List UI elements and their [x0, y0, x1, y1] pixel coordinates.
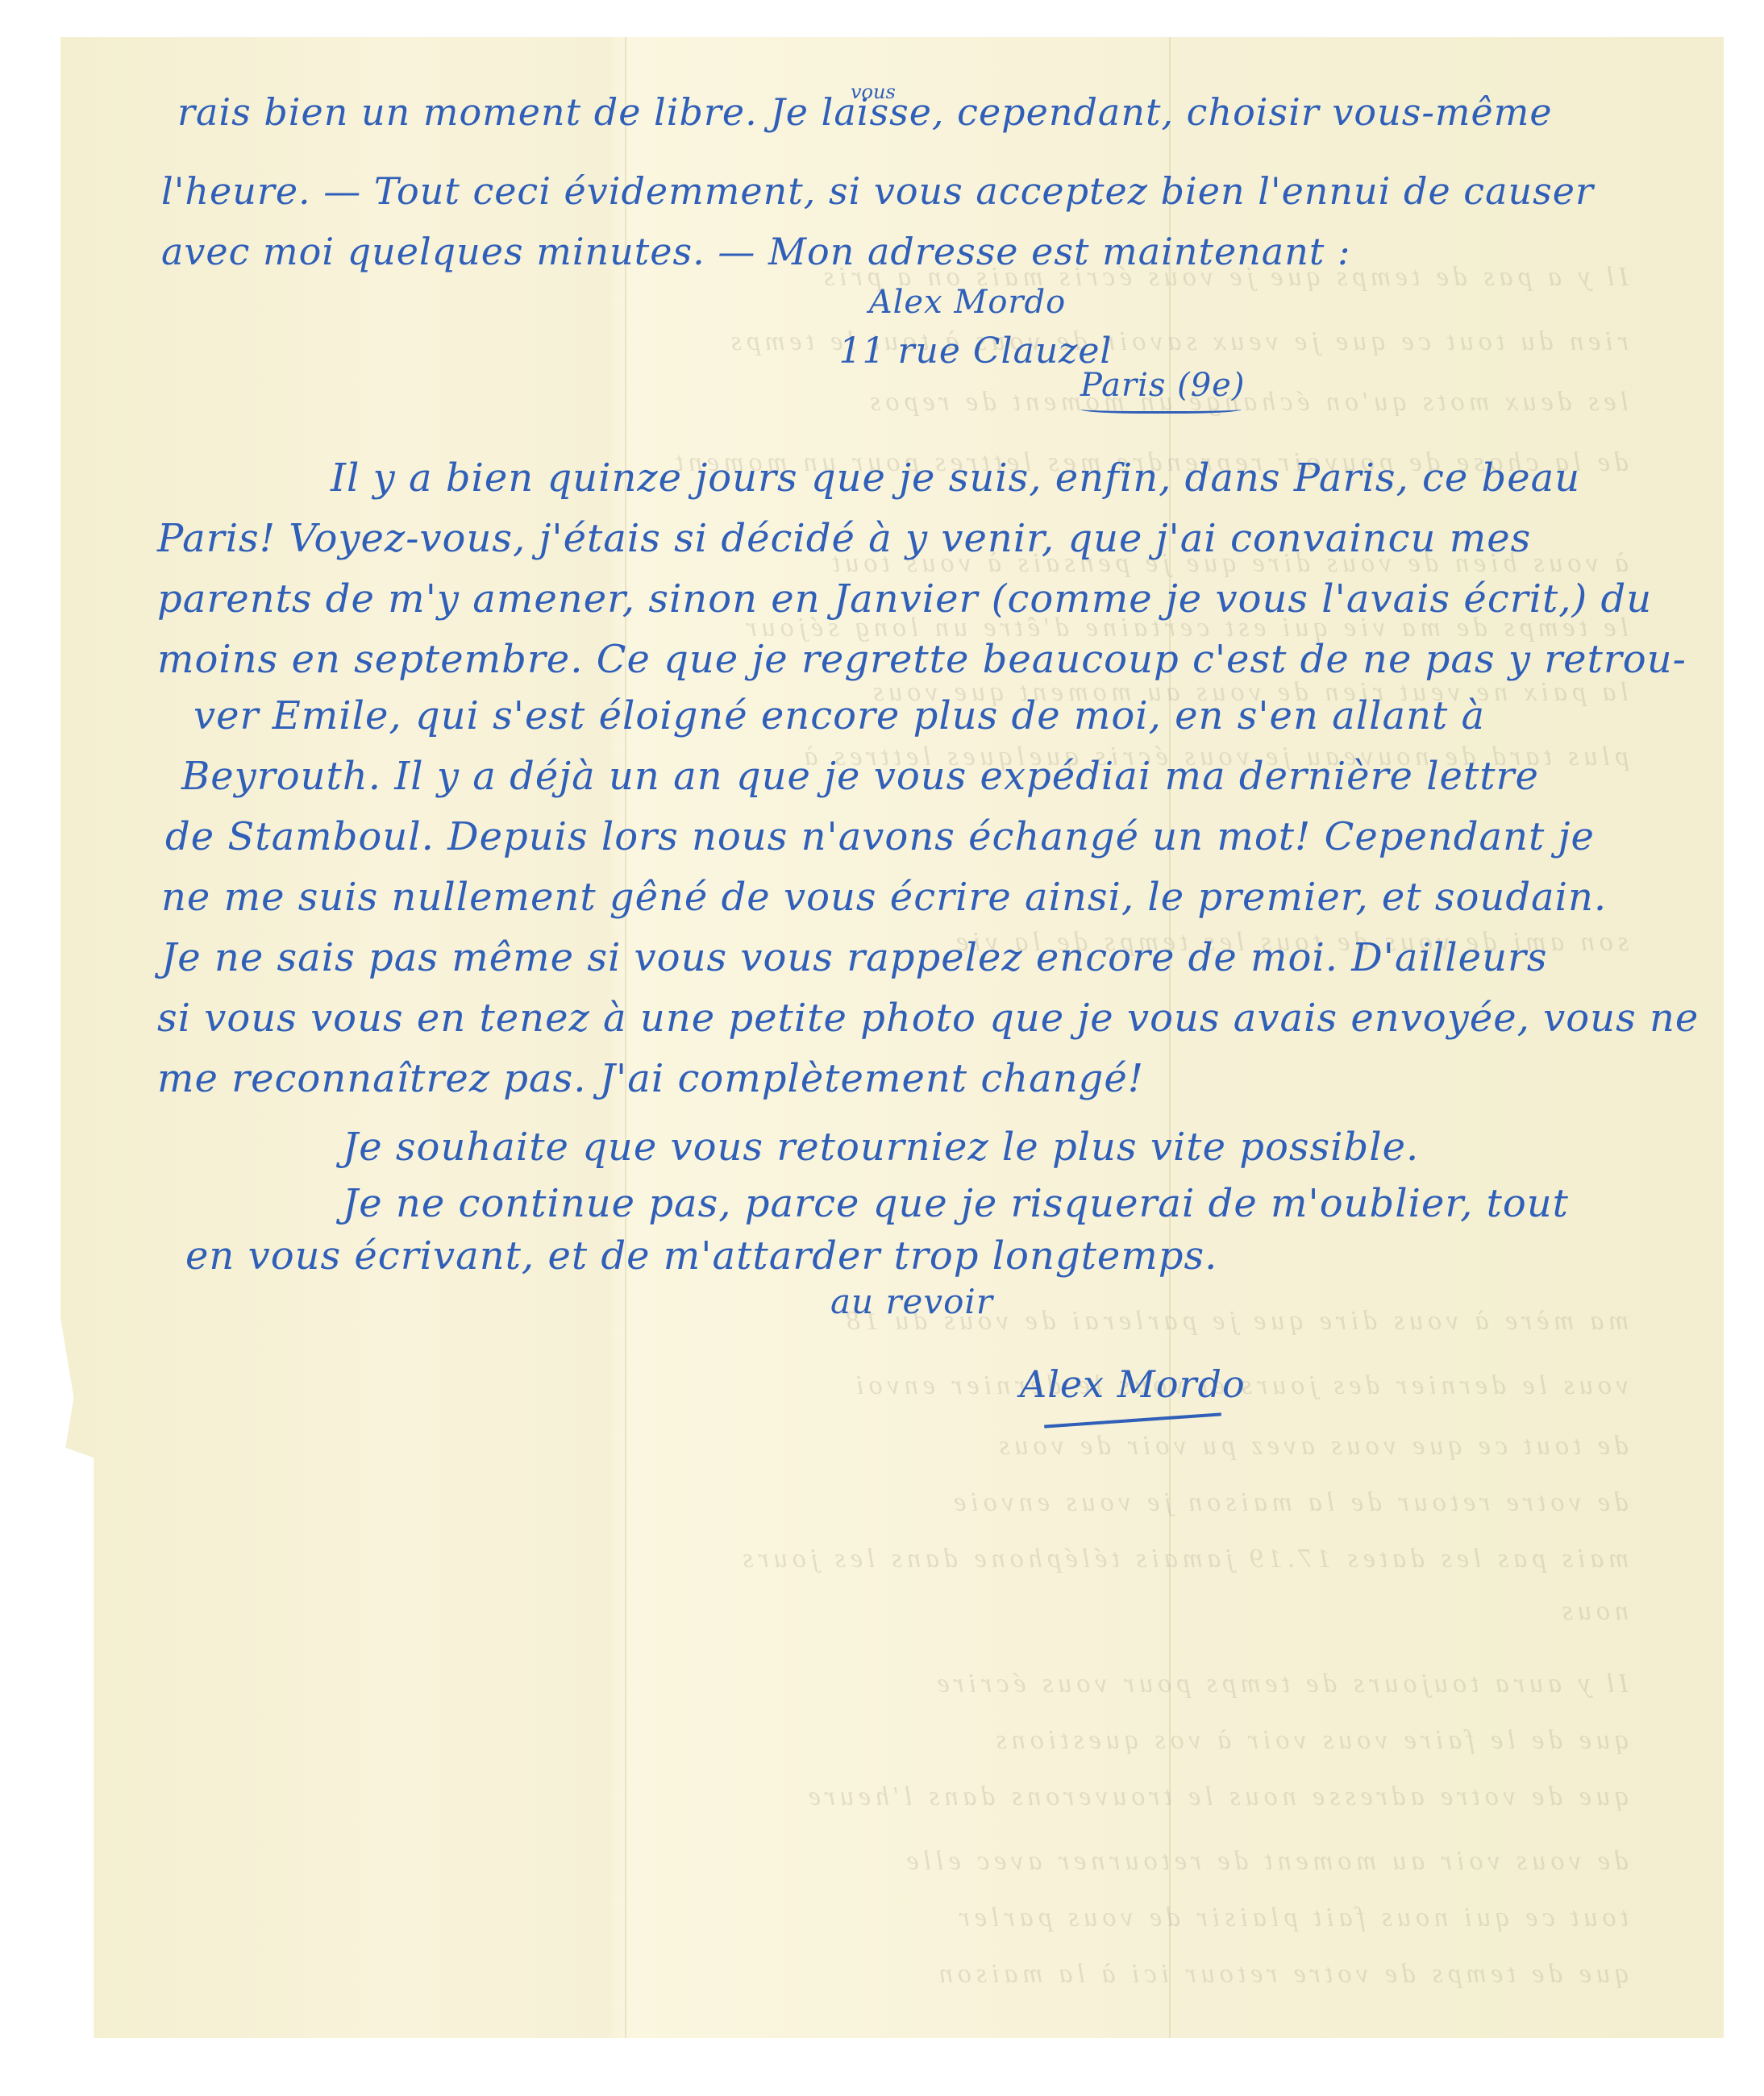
- body-line: Il y a bien quinze jours que je suis, en…: [331, 455, 1580, 501]
- bleed-line: les deux mots qu'on échange un moment de…: [97, 387, 1629, 418]
- body-line: ne me suis nullement gêné de vous écrire…: [161, 875, 1607, 920]
- opening-line: avec moi quelques minutes. — Mon adresse…: [161, 230, 1350, 273]
- opening-line: rais bien un moment de libre. Je laisse,…: [177, 90, 1553, 134]
- bleed-line: tout ce qui nous fait plaisir de vous pa…: [97, 1903, 1629, 1933]
- bleed-line: Il y aura toujours de temps pour vous éc…: [97, 1669, 1629, 1699]
- bleed-line: de tout ce que vous avez pu voir de vous: [97, 1431, 1629, 1462]
- body-line: Beyrouth. Il y a déjà un an que je vous …: [181, 754, 1539, 799]
- body-line: Je ne sais pas même si vous vous rappele…: [161, 935, 1548, 980]
- body-line: parents de m'y amener, sinon en Janvier …: [157, 576, 1652, 622]
- body-line: ver Emile, qui s'est éloigné encore plus…: [193, 693, 1485, 738]
- body-line: moins en septembre. Ce que je regrette b…: [157, 637, 1687, 682]
- closing-line: en vous écrivant, et de m'attarder trop …: [185, 1233, 1217, 1279]
- body-line: Paris! Voyez-vous, j'étais si décidé à y…: [157, 516, 1531, 561]
- bleed-line: que de votre adresse nous le trouverons …: [97, 1782, 1629, 1812]
- bleed-line: de votre retour de la maison je vous env…: [97, 1487, 1629, 1518]
- bleed-line: que de le faire vous voir à vos question…: [97, 1725, 1629, 1756]
- body-line: si vous vous en tenez à une petite photo…: [157, 996, 1699, 1041]
- address-city: Paris (9e): [1080, 367, 1245, 404]
- farewell: au revoir: [830, 1282, 993, 1321]
- opening-line: l'heure. — Tout ceci évidemment, si vous…: [161, 169, 1594, 213]
- closing-line: Je ne continue pas, parce que je risquer…: [343, 1181, 1569, 1226]
- body-line: me reconnaîtrez pas. J'ai complètement c…: [157, 1056, 1144, 1101]
- bleed-line: mais pas les dates 17.19 jamais téléphon…: [97, 1544, 1629, 1574]
- city-underline: [1080, 403, 1242, 414]
- body-line: de Stamboul. Depuis lors nous n'avons éc…: [165, 814, 1595, 859]
- bleed-line: de vous voir au moment de retourner avec…: [97, 1846, 1629, 1877]
- closing-line: Je souhaite que vous retourniez le plus …: [343, 1125, 1419, 1170]
- address-street: 11 rue Clauzel: [774, 331, 1177, 372]
- bleed-line: vous le dernier des jours et vous le der…: [97, 1370, 1629, 1401]
- bleed-line: nous: [97, 1596, 1629, 1627]
- signature: Alex Mordo: [1020, 1362, 1246, 1406]
- bleed-line: que de temps de votre retour ici à la ma…: [97, 1959, 1629, 1990]
- address-name: Alex Mordo: [806, 284, 1129, 321]
